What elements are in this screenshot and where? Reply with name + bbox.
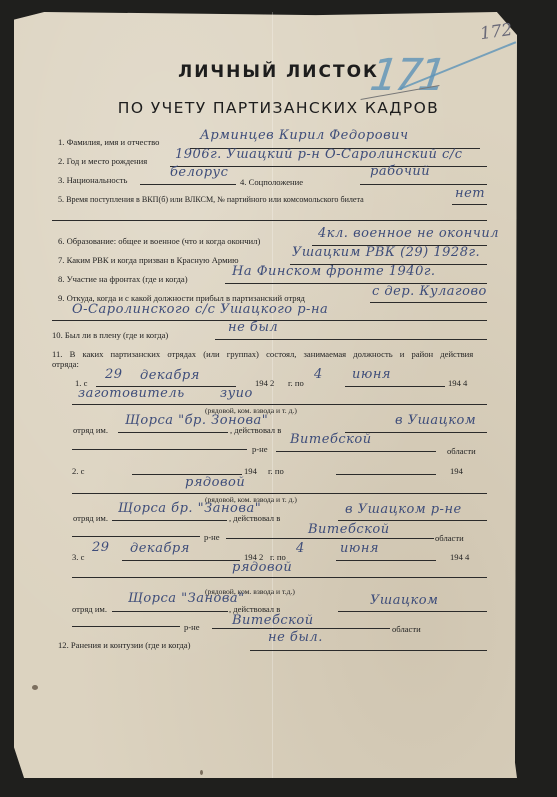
- det2-year-to: 194: [450, 466, 463, 476]
- line: [336, 474, 436, 475]
- line: [52, 220, 487, 221]
- det3-district-label: р-не: [184, 622, 200, 632]
- line: [226, 538, 434, 539]
- label-education: 6. Образование: общее и военное (что и к…: [58, 236, 260, 246]
- det2-position: рядовой: [185, 475, 245, 490]
- det1-acted-label: , действовал в: [230, 425, 281, 435]
- line: [250, 650, 487, 651]
- paper-stain: [32, 685, 38, 690]
- value-wounds: не был.: [268, 630, 323, 645]
- det3-acted: Ушацком: [370, 593, 438, 608]
- det3-region-label: области: [392, 624, 421, 634]
- det2-to-label: г. по: [268, 466, 284, 476]
- value-full-name: Арминцев Кирил Федорович: [200, 128, 409, 143]
- line: [72, 449, 247, 450]
- label-captivity: 10. Был ли в плену (где и когда): [52, 330, 168, 340]
- det3-detachment-label: отряд им.: [72, 604, 107, 614]
- line: [72, 493, 487, 494]
- label-detachments: 11. В каких партизанских отрядах (или гр…: [52, 349, 482, 369]
- det3-month: декабря: [130, 541, 190, 556]
- line: [72, 577, 487, 578]
- line: [112, 520, 227, 521]
- line: [370, 302, 487, 303]
- form-subtitle: ПО УЧЕТУ ПАРТИЗАНСКИХ КАДРОВ: [0, 99, 557, 117]
- line: [360, 184, 487, 185]
- form-title: ЛИЧНЫЙ ЛИСТОК: [0, 62, 557, 82]
- det1-month-to: июня: [352, 367, 391, 382]
- det2-from-label: 2. с: [72, 466, 84, 476]
- label-birth: 2. Год и место рождения: [58, 156, 147, 166]
- value-party-membership: нет: [455, 186, 485, 201]
- det3-from-label: 3. с: [72, 552, 84, 562]
- det2-region-label: области: [435, 533, 464, 543]
- det1-detachment-label: отряд им.: [73, 425, 108, 435]
- det1-day: 29: [105, 367, 123, 382]
- label-party-membership: 5. Время поступления в ВКП(б) или ВЛКСМ,…: [58, 195, 364, 204]
- line: [336, 560, 436, 561]
- det1-year-from: 194 2: [255, 378, 274, 388]
- det1-day-to: 4: [314, 367, 323, 382]
- line: [338, 520, 487, 521]
- value-arrival-2: О-Саролинского с/с Ушацкого р-на: [72, 302, 328, 317]
- paper-fold: [272, 12, 273, 778]
- det3-year-to: 194 4: [450, 552, 469, 562]
- det2-district-label: р-не: [204, 532, 220, 542]
- det2-region: Витебской: [308, 522, 390, 537]
- det1-region-label: области: [447, 446, 476, 456]
- det1-district-label: р-не: [252, 444, 268, 454]
- label-fronts: 8. Участие на фронтах (где и когда): [58, 274, 188, 284]
- det1-position: заготовитель: [78, 386, 185, 401]
- value-nationality: белорус: [170, 165, 228, 180]
- det3-month-to: июня: [340, 541, 379, 556]
- line: [276, 451, 436, 452]
- value-social-status: рабочий: [370, 164, 430, 179]
- det1-position-2: зуио: [220, 386, 253, 401]
- line: [140, 184, 236, 185]
- det1-year-to: 194 4: [448, 378, 467, 388]
- det3-day-to: 4: [296, 541, 305, 556]
- value-arrival: с дер. Кулагово: [372, 284, 487, 299]
- det1-to-label: г. по: [288, 378, 304, 388]
- label-wounds: 12. Ранения и контузии (где и когда): [58, 640, 190, 650]
- line: [72, 536, 200, 537]
- det3-position: рядовой: [232, 560, 292, 575]
- line: [72, 626, 180, 627]
- det3-day: 29: [92, 540, 110, 555]
- value-fronts: На Финском фронте 1940г.: [232, 264, 436, 279]
- line: [118, 432, 228, 433]
- label-social-status: 4. Соцположение: [240, 177, 303, 187]
- paper-stain: [200, 770, 203, 775]
- line: [215, 339, 487, 340]
- det1-acted: в Ушацком: [395, 413, 476, 428]
- line: [452, 204, 487, 205]
- value-education: 4кл. военное не окончил: [318, 226, 499, 241]
- value-conscription: Ушацким РВК (29) 1928г.: [292, 245, 480, 260]
- value-captivity: не был: [228, 320, 278, 335]
- label-full-name: 1. Фамилия, имя и отчество: [58, 137, 159, 147]
- det1-region: Витебской: [290, 432, 372, 447]
- det2-acted: в Ушацком р-не: [345, 502, 462, 517]
- line: [122, 560, 240, 561]
- det3-detachment: Щорса "Занова": [128, 591, 245, 606]
- line: [212, 628, 390, 629]
- det2-year-from: 194: [244, 466, 257, 476]
- line: [338, 611, 487, 612]
- det2-acted-label: , действовал в: [229, 513, 280, 523]
- line: [112, 611, 228, 612]
- label-nationality: 3. Национальность: [58, 175, 127, 185]
- line: [345, 386, 445, 387]
- det2-detachment-label: отряд им.: [73, 513, 108, 523]
- det1-month: декабря: [140, 368, 200, 383]
- line: [72, 404, 487, 405]
- label-conscription: 7. Каким РВК и когда призван в Красную А…: [58, 255, 239, 265]
- value-birth: 1906г. Ушацкий р-н О-Саролинский с/с: [175, 147, 462, 162]
- det3-region: Витебской: [232, 613, 314, 628]
